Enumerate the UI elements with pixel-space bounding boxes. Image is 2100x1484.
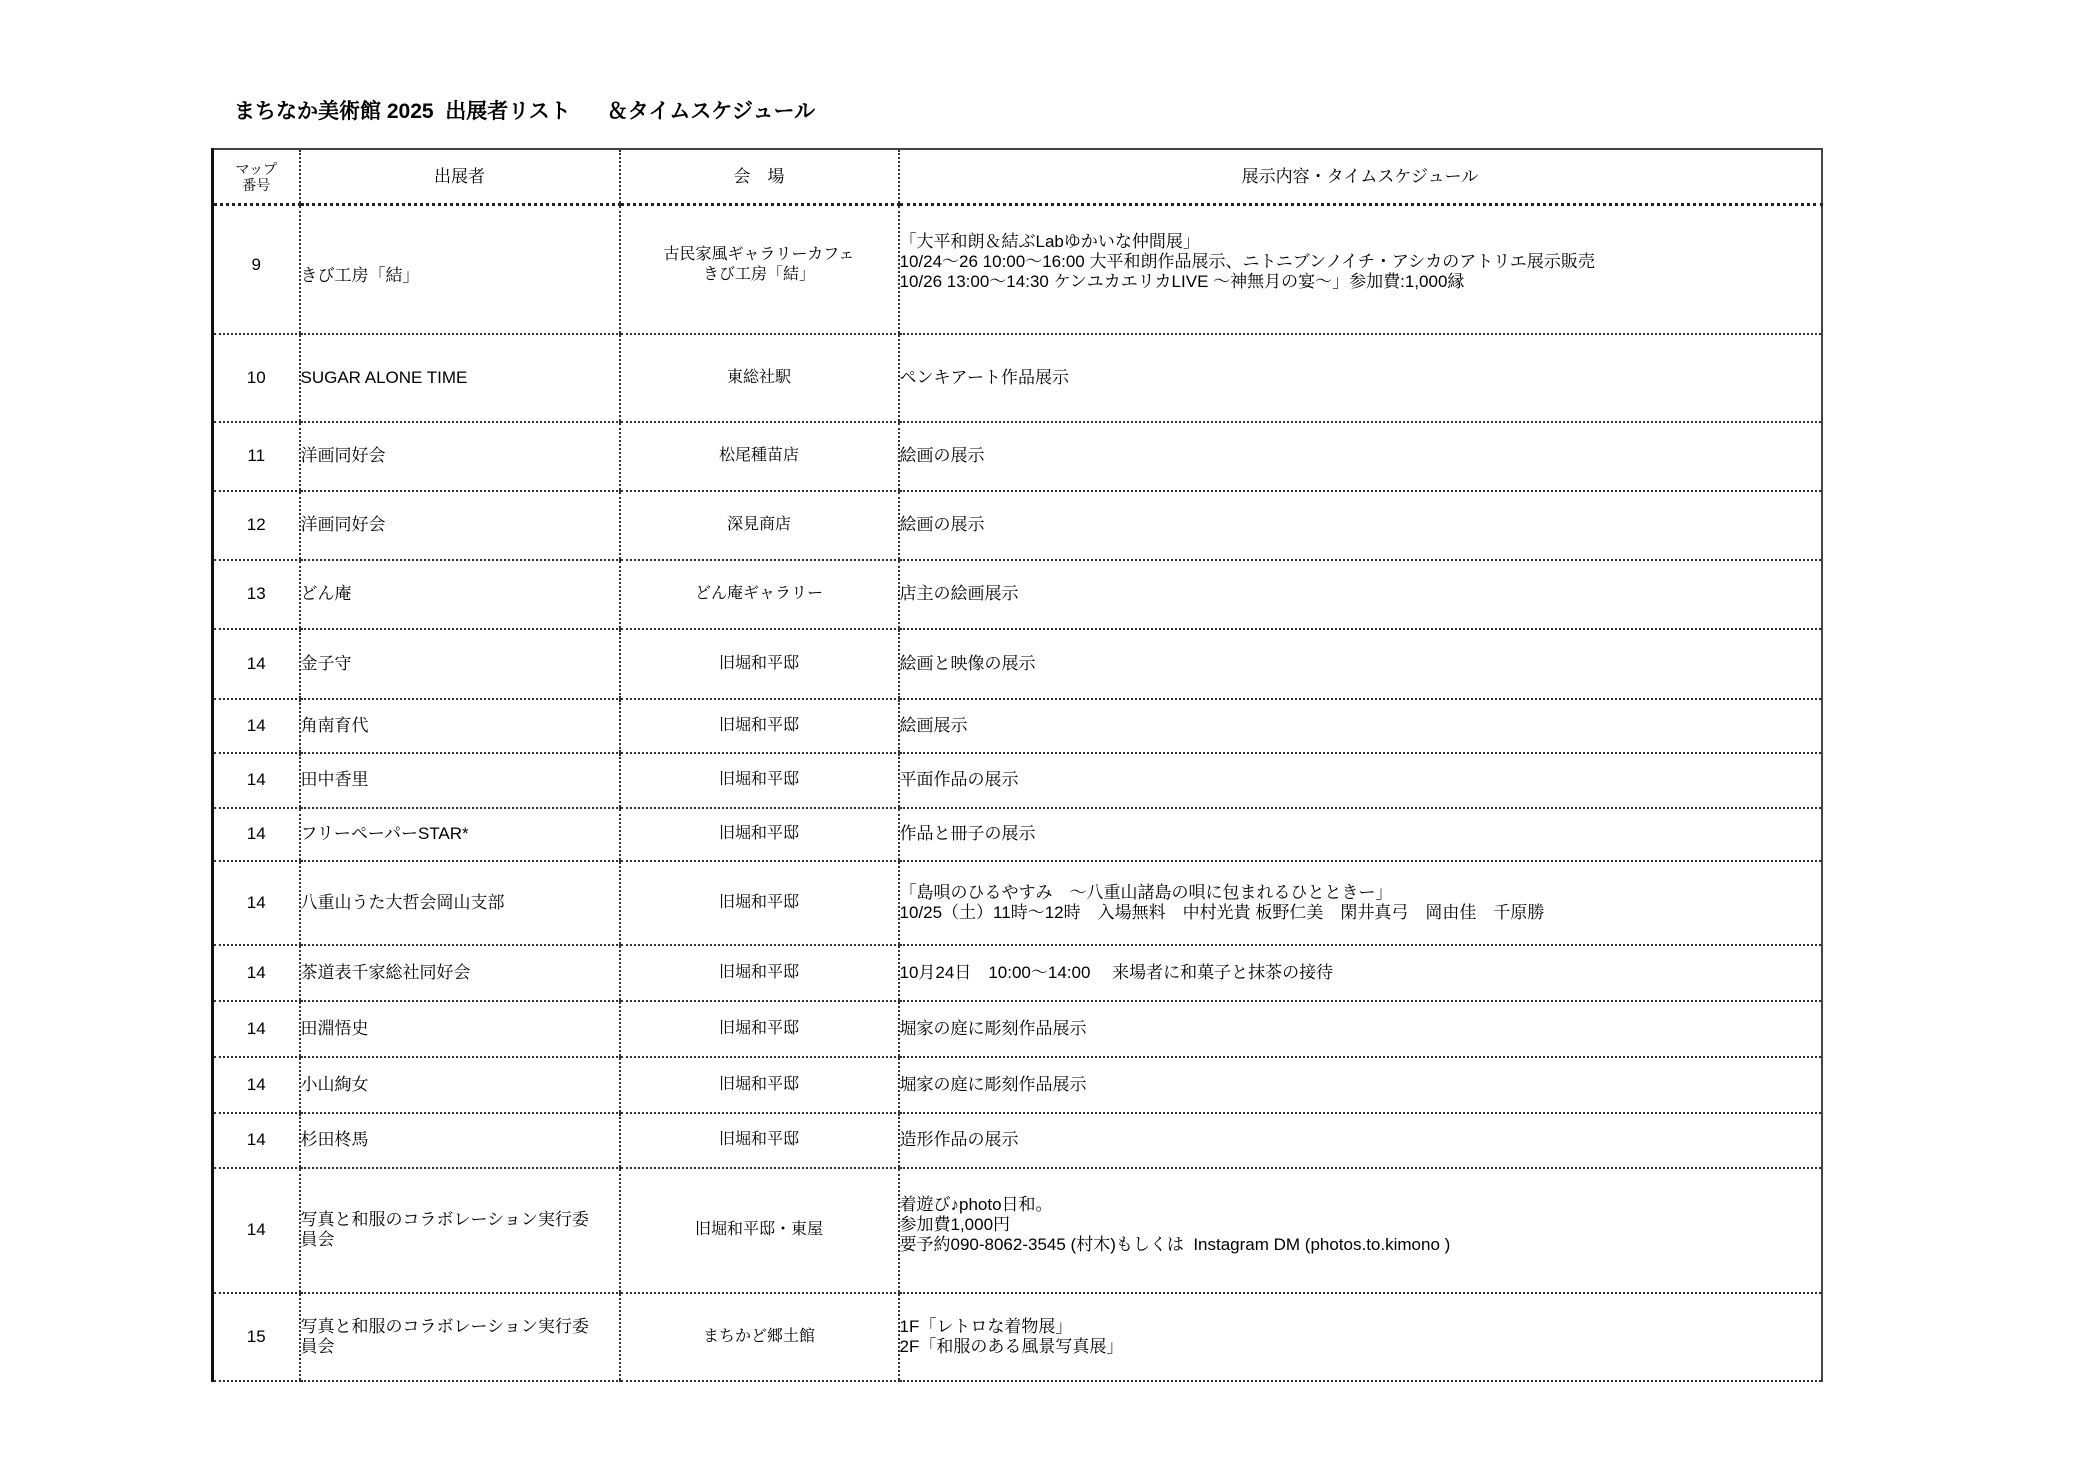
content-cell: 絵画展示 (899, 699, 1822, 753)
map-number-cell: 11 (213, 422, 300, 491)
venue-cell: 旧堀和平邸 (620, 945, 899, 1001)
venue-cell: 旧堀和平邸 (620, 1057, 899, 1113)
table-row: 14 杉田柊馬 旧堀和平邸 造形作品の展示 (213, 1113, 1822, 1168)
table-row: 14 角南育代 旧堀和平邸 絵画展示 (213, 699, 1822, 753)
venue-cell: 旧堀和平邸 (620, 808, 899, 861)
table-row: 14 八重山うた大哲会岡山支部 旧堀和平邸 「島唄のひるやすみ ～八重山諸島の唄… (213, 861, 1822, 945)
exhibitor-cell: 写真と和服のコラボレーション実行委 員会 (300, 1293, 620, 1381)
map-number-cell: 10 (213, 334, 300, 422)
content-cell: 「島唄のひるやすみ ～八重山諸島の唄に包まれるひとときー」 10/25（土）11… (899, 861, 1822, 945)
exhibitor-cell: SUGAR ALONE TIME (300, 334, 620, 422)
exhibitor-cell: きび工房「結」 (300, 205, 620, 334)
content-cell: ペンキアート作品展示 (899, 334, 1822, 422)
table-row: 14 田淵悟史 旧堀和平邸 堀家の庭に彫刻作品展示 (213, 1001, 1822, 1057)
exhibitor-cell: 金子守 (300, 629, 620, 699)
content-cell: 「大平和朗＆結ぶLabゆかいな仲間展」 10/24～26 10:00～16:00… (899, 205, 1822, 334)
content-cell: 店主の絵画展示 (899, 560, 1822, 629)
table-row: 12 洋画同好会 深見商店 絵画の展示 (213, 491, 1822, 560)
exhibitor-cell: 茶道表千家総社同好会 (300, 945, 620, 1001)
map-number-cell: 14 (213, 861, 300, 945)
venue-cell: 旧堀和平邸 (620, 753, 899, 808)
map-number-cell: 14 (213, 753, 300, 808)
venue-cell: 深見商店 (620, 491, 899, 560)
table-row: 13 どん庵 どん庵ギャラリー 店主の絵画展示 (213, 560, 1822, 629)
table-row: 10 SUGAR ALONE TIME 東総社駅 ペンキアート作品展示 (213, 334, 1822, 422)
map-number-cell: 14 (213, 808, 300, 861)
table-header-row: マップ 番号 出展者 会 場 展示内容・タイムスケジュール (213, 149, 1822, 205)
table-row: 14 フリーペーパーSTAR* 旧堀和平邸 作品と冊子の展示 (213, 808, 1822, 861)
venue-cell: 旧堀和平邸 (620, 861, 899, 945)
map-number-cell: 14 (213, 699, 300, 753)
content-cell: 絵画の展示 (899, 491, 1822, 560)
content-cell: 造形作品の展示 (899, 1113, 1822, 1168)
venue-cell: 旧堀和平邸 (620, 629, 899, 699)
exhibitor-schedule-table: マップ 番号 出展者 会 場 展示内容・タイムスケジュール 9 きび工房「結」 … (211, 148, 1823, 1382)
title-main: まちなか美術館 2025 出展者リスト (234, 100, 571, 123)
header-content: 展示内容・タイムスケジュール (899, 149, 1822, 205)
title-sub: ＆タイムスケジュール (607, 100, 815, 123)
map-number-cell: 9 (213, 205, 300, 334)
table-row: 14 小山絢女 旧堀和平邸 堀家の庭に彫刻作品展示 (213, 1057, 1822, 1113)
map-number-cell: 14 (213, 629, 300, 699)
content-cell: 作品と冊子の展示 (899, 808, 1822, 861)
exhibitor-cell: 八重山うた大哲会岡山支部 (300, 861, 620, 945)
content-cell: 絵画の展示 (899, 422, 1822, 491)
map-number-cell: 14 (213, 1168, 300, 1293)
content-cell: 堀家の庭に彫刻作品展示 (899, 1001, 1822, 1057)
table-row: 11 洋画同好会 松尾種苗店 絵画の展示 (213, 422, 1822, 491)
venue-cell: 旧堀和平邸 (620, 1001, 899, 1057)
table-row: 14 田中香里 旧堀和平邸 平面作品の展示 (213, 753, 1822, 808)
exhibitor-cell: どん庵 (300, 560, 620, 629)
map-number-cell: 13 (213, 560, 300, 629)
header-map-number: マップ 番号 (213, 149, 300, 205)
table-row: 15 写真と和服のコラボレーション実行委 員会 まちかど郷土館 1F「レトロな着… (213, 1293, 1822, 1381)
map-number-cell: 15 (213, 1293, 300, 1381)
map-number-cell: 14 (213, 1001, 300, 1057)
venue-cell: 旧堀和平邸 (620, 699, 899, 753)
map-number-cell: 14 (213, 1057, 300, 1113)
exhibitor-cell: 小山絢女 (300, 1057, 620, 1113)
map-number-cell: 14 (213, 1113, 300, 1168)
exhibitor-cell: 杉田柊馬 (300, 1113, 620, 1168)
table-row: 14 写真と和服のコラボレーション実行委 員会 旧堀和平邸・東屋 着遊び♪pho… (213, 1168, 1822, 1293)
venue-cell: 東総社駅 (620, 334, 899, 422)
venue-cell: 松尾種苗店 (620, 422, 899, 491)
content-cell: 平面作品の展示 (899, 753, 1822, 808)
content-cell: 着遊び♪photo日和。 参加費1,000円 要予約090-8062-3545 … (899, 1168, 1822, 1293)
map-number-cell: 14 (213, 945, 300, 1001)
header-venue: 会 場 (620, 149, 899, 205)
exhibitor-cell: 角南育代 (300, 699, 620, 753)
table-row: 14 茶道表千家総社同好会 旧堀和平邸 10月24日 10:00～14:00 来… (213, 945, 1822, 1001)
table-row: 9 きび工房「結」 古民家風ギャラリーカフェ きび工房「結」 「大平和朗＆結ぶL… (213, 205, 1822, 334)
exhibitor-cell: 洋画同好会 (300, 422, 620, 491)
content-cell: 1F「レトロな着物展」 2F「和服のある風景写真展」 (899, 1293, 1822, 1381)
venue-cell: どん庵ギャラリー (620, 560, 899, 629)
venue-cell: 旧堀和平邸・東屋 (620, 1168, 899, 1293)
exhibitor-cell: 田淵悟史 (300, 1001, 620, 1057)
header-exhibitor: 出展者 (300, 149, 620, 205)
exhibitor-cell: 写真と和服のコラボレーション実行委 員会 (300, 1168, 620, 1293)
venue-cell: 古民家風ギャラリーカフェ きび工房「結」 (620, 205, 899, 334)
table-row: 14 金子守 旧堀和平邸 絵画と映像の展示 (213, 629, 1822, 699)
content-cell: 10月24日 10:00～14:00 来場者に和菓子と抹茶の接待 (899, 945, 1822, 1001)
map-number-cell: 12 (213, 491, 300, 560)
exhibitor-cell: 田中香里 (300, 753, 620, 808)
content-cell: 堀家の庭に彫刻作品展示 (899, 1057, 1822, 1113)
venue-cell: 旧堀和平邸 (620, 1113, 899, 1168)
exhibitor-cell: フリーペーパーSTAR* (300, 808, 620, 861)
page-title: まちなか美術館 2025 出展者リスト＆タイムスケジュール (234, 95, 815, 125)
exhibitor-cell: 洋画同好会 (300, 491, 620, 560)
content-cell: 絵画と映像の展示 (899, 629, 1822, 699)
venue-cell: まちかど郷土館 (620, 1293, 899, 1381)
